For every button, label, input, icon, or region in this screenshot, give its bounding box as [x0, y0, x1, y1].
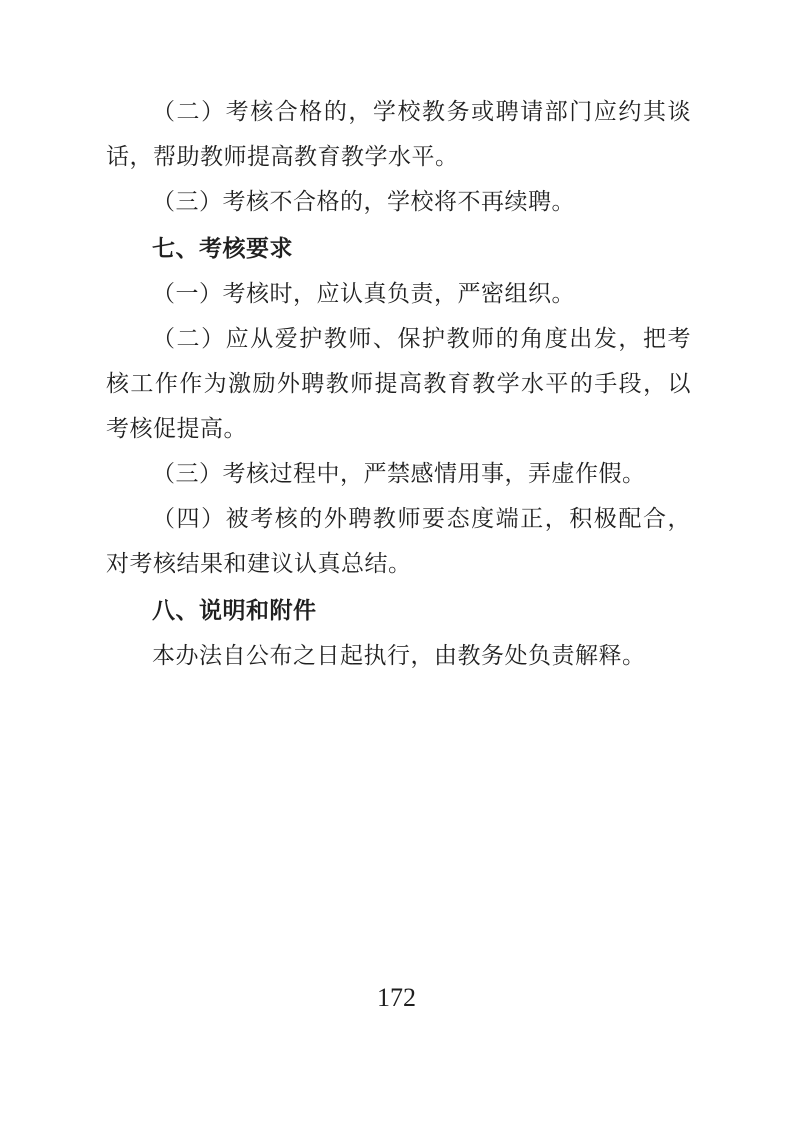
document-body: （二）考核合格的，学校教务或聘请部门应约其谈话，帮助教师提高教育教学水平。 （三… — [106, 89, 691, 678]
paragraph: （二）应从爱护教师、保护教师的角度出发，把考核工作作为激励外聘教师提高教育教学水… — [106, 316, 691, 451]
paragraph: （三）考核过程中，严禁感情用事，弄虚作假。 — [106, 451, 691, 496]
page-footer: 172 — [0, 983, 793, 1013]
section-heading-8: 八、说明和附件 — [106, 588, 691, 633]
section-heading-7: 七、考核要求 — [106, 226, 691, 271]
paragraph: （四）被考核的外聘教师要态度端正，积极配合，对考核结果和建议认真总结。 — [106, 496, 691, 586]
paragraph: （一）考核时，应认真负责，严密组织。 — [106, 271, 691, 316]
paragraph: 本办法自公布之日起执行，由教务处负责解释。 — [106, 633, 691, 678]
paragraph: （三）考核不合格的，学校将不再续聘。 — [106, 179, 691, 224]
document-page: （二）考核合格的，学校教务或聘请部门应约其谈话，帮助教师提高教育教学水平。 （三… — [0, 0, 793, 1122]
page-number: 172 — [377, 983, 416, 1012]
paragraph: （二）考核合格的，学校教务或聘请部门应约其谈话，帮助教师提高教育教学水平。 — [106, 89, 691, 179]
